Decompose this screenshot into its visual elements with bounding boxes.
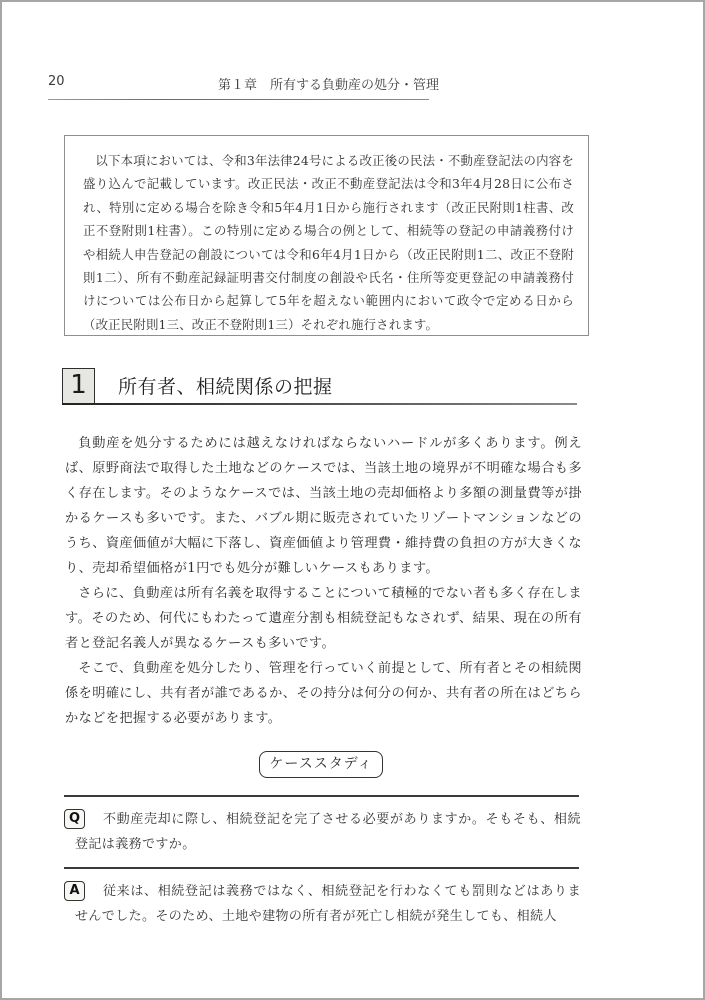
answer-block: A 従来は、相続登記は義務ではなく、相続登記を行わなくても罰則などはありませんで… — [64, 879, 581, 929]
legal-note-text: 以下本項においては、令和3年法律24号による改正後の民法・不動産登記法の内容を盛… — [83, 149, 574, 336]
question-block: Q 不動産売却に際し、相続登記を完了させる必要がありますか。そもそも、相続登記は… — [64, 807, 581, 857]
header-divider — [48, 99, 429, 100]
question-badge: Q — [64, 809, 85, 829]
question-text: 不動産売却に際し、相続登記を完了させる必要がありますか。そもそも、相続登記は義務… — [64, 807, 581, 857]
section-number: 1 — [62, 368, 95, 404]
body-paragraph: 負動産を処分するためには越えなければならないハードルが多くあります。例えば、原野… — [65, 431, 582, 581]
question-top-divider — [64, 795, 579, 797]
chapter-title: 第１章 所有する負動産の処分・管理 — [218, 74, 439, 93]
body-text: 負動産を処分するためには越えなければならないハードルが多くあります。例えば、原野… — [65, 431, 582, 731]
page-number: 20 — [48, 74, 65, 89]
legal-note-box: 以下本項においては、令和3年法律24号による改正後の民法・不動産登記法の内容を盛… — [64, 135, 589, 336]
section-title: 所有者、相続関係の把握 — [118, 372, 333, 399]
section-heading: 1 所有者、相続関係の把握 — [62, 368, 577, 408]
section-divider — [62, 403, 577, 405]
case-study-label: ケーススタディ — [259, 751, 383, 778]
body-paragraph: さらに、負動産は所有名義を取得することについて積極的でない者も多く存在します。そ… — [65, 581, 582, 656]
body-paragraph: そこで、負動産を処分したり、管理を行っていく前提として、所有者とその相続関係を明… — [65, 656, 582, 731]
question-bottom-divider — [64, 867, 579, 869]
answer-text: 従来は、相続登記は義務ではなく、相続登記を行わなくても罰則などはありませんでした… — [64, 879, 581, 929]
running-header: 20 第１章 所有する負動産の処分・管理 — [48, 74, 430, 96]
answer-badge: A — [64, 881, 85, 901]
document-page: 20 第１章 所有する負動産の処分・管理 以下本項においては、令和3年法律24号… — [0, 0, 705, 1000]
